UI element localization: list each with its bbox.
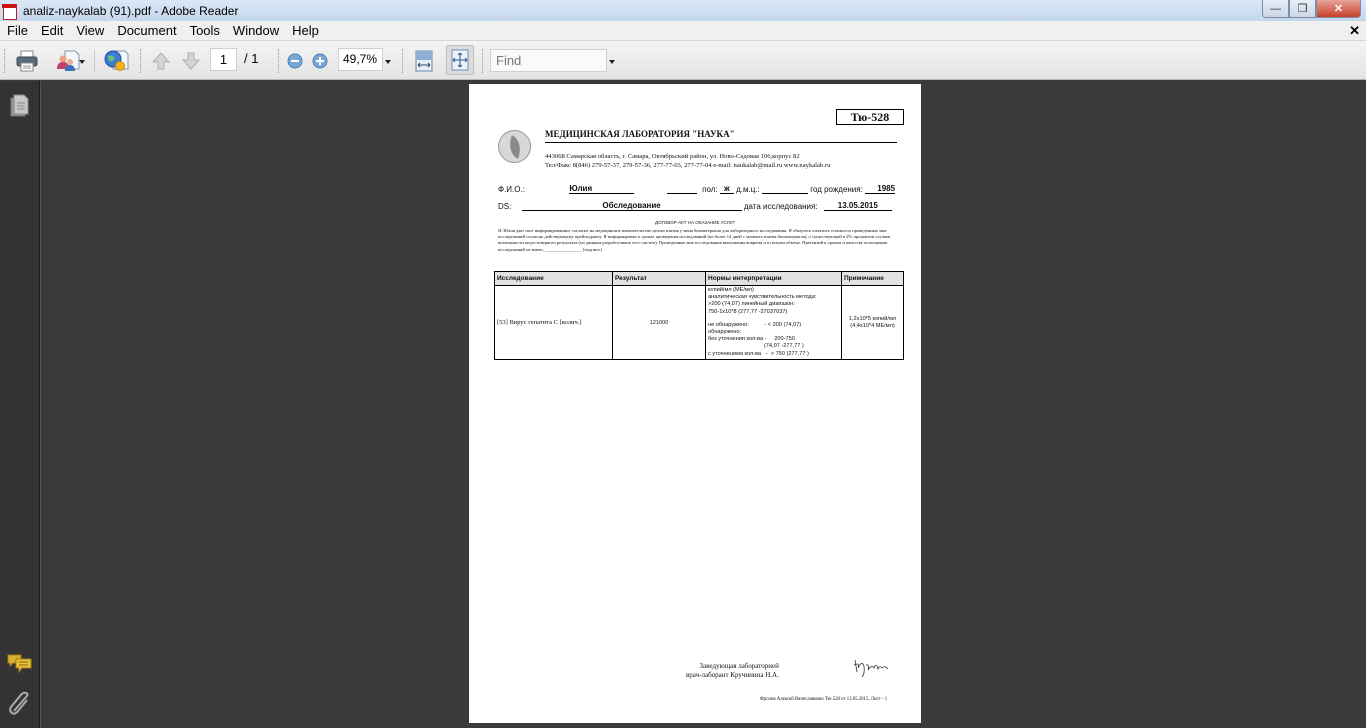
adobe-reader-icon [2, 3, 18, 19]
attachments-icon [8, 691, 32, 717]
signature-image [852, 656, 892, 680]
cell-note: 1,2х10*5 копий/мл (4,4х10*4 МЕ/мл) [842, 286, 904, 360]
study-date: 13.05.2015 [824, 201, 892, 211]
lab-address: 443068 Самарская область, г. Самара, Окт… [545, 152, 830, 161]
close-document-icon[interactable]: ✕ [1349, 23, 1360, 39]
lab-name: МЕДИЦИНСКАЯ ЛАБОРАТОРИЯ "НАУКА" [545, 129, 735, 139]
diagnosis-row: DS: Обследование дата исследования: 13.0… [498, 201, 892, 211]
ds-label: DS: [498, 202, 511, 211]
menu-bar: File Edit View Document Tools Window Hel… [0, 21, 1366, 41]
minimize-icon: — [1270, 3, 1281, 15]
title-bar: analiz-naykalab (91).pdf - Adobe Reader … [0, 0, 1366, 21]
fit-page-button[interactable] [446, 45, 474, 75]
toolbar-separator [94, 50, 95, 72]
sex-label: пол: [702, 185, 718, 194]
header-study: Исследование [495, 272, 613, 286]
lab-address-block: 443068 Самарская область, г. Самара, Окт… [545, 152, 830, 170]
document-code: Тю-528 [836, 109, 904, 125]
cell-norms: копий/мл (МЕ/мл) аналитическая чувствите… [706, 286, 842, 360]
cell-study: [53] Вирус гепатита С [колич.] [495, 286, 613, 360]
menu-help[interactable]: Help [286, 23, 325, 38]
restore-icon: ❐ [1298, 2, 1308, 15]
zoom-dropdown-icon[interactable] [385, 60, 391, 64]
zoom-in-button[interactable] [311, 52, 329, 70]
previous-page-icon [151, 51, 171, 71]
collaborate-icon [103, 49, 129, 73]
toolbar [0, 41, 1366, 80]
menu-window[interactable]: Window [227, 23, 285, 38]
page-number-input[interactable]: 1 [210, 48, 237, 71]
comments-icon [7, 652, 33, 674]
signatory-position: Заведующая лабораторией [686, 662, 779, 671]
share-icon [56, 50, 80, 72]
pages-icon [9, 94, 31, 118]
zoom-level-input[interactable]: 49,7% [338, 48, 383, 71]
menu-file[interactable]: File [1, 23, 34, 38]
print-button[interactable] [14, 49, 40, 73]
navigation-panel [0, 81, 40, 728]
next-page-icon [181, 51, 201, 71]
signatory-name: врач-лаборант Кручинина Н.А. [686, 671, 779, 680]
printer-icon [15, 50, 39, 72]
cell-result: 121000 [613, 286, 706, 360]
close-button[interactable]: ✕ [1316, 0, 1361, 18]
page-total: / 1 [244, 51, 258, 66]
patient-sex: ж [720, 184, 734, 194]
zoom-in-icon [312, 53, 328, 69]
window-title: analiz-naykalab (91).pdf - Adobe Reader [23, 4, 238, 18]
patient-patronymic [667, 184, 697, 194]
table-header-row: Исследование Результат Нормы интерпретац… [495, 272, 904, 286]
patient-first-name: Юлия [569, 184, 634, 194]
fit-page-icon [447, 46, 473, 74]
toolbar-grip[interactable] [402, 49, 404, 73]
find-options-dropdown-icon[interactable] [609, 60, 615, 64]
comments-panel-button[interactable] [7, 652, 33, 674]
toolbar-grip[interactable] [140, 49, 142, 73]
zoom-out-button[interactable] [286, 52, 304, 70]
menu-document[interactable]: Document [111, 23, 182, 38]
chevron-down-icon [79, 60, 85, 64]
patient-row: Ф.И.О.: Юлия пол: ж д.м.ц.: год рождения… [498, 184, 895, 194]
results-table: Исследование Результат Нормы интерпретац… [494, 271, 904, 360]
zoom-out-icon [287, 53, 303, 69]
fio-label: Ф.И.О.: [498, 185, 525, 194]
find-input[interactable]: Find [490, 49, 607, 72]
lab-logo [498, 130, 531, 163]
contract-text: Я, Юлия даю свое информированное согласи… [498, 228, 903, 253]
menu-tools[interactable]: Tools [184, 23, 226, 38]
share-button[interactable] [50, 49, 86, 73]
toolbar-grip[interactable] [482, 49, 484, 73]
collaborate-button[interactable] [102, 48, 130, 74]
previous-page-button[interactable] [150, 50, 172, 72]
date-label: дата исследования: [744, 202, 818, 211]
fit-width-button[interactable] [412, 49, 436, 73]
toolbar-grip[interactable] [278, 49, 280, 73]
contract-title: ДОГОВОР-АКТ НА ОКАЗАНИЕ УСЛУГ [469, 220, 921, 225]
pdf-page: Тю-528 МЕДИЦИНСКАЯ ЛАБОРАТОРИЯ "НАУКА" 4… [469, 84, 921, 723]
page-footer: Фролов Алексей Вячеславович Тю-528 от 13… [760, 697, 887, 702]
signatory-block: Заведующая лабораторией врач-лаборант Кр… [686, 662, 779, 680]
patient-dmc [762, 184, 808, 194]
birth-year-label: год рождения: [810, 185, 863, 194]
window-controls: — ❐ ✕ [1262, 0, 1361, 18]
restore-button[interactable]: ❐ [1289, 0, 1316, 18]
header-result: Результат [613, 272, 706, 286]
dmc-label: д.м.ц.: [736, 185, 760, 194]
menu-view[interactable]: View [70, 23, 110, 38]
header-note: Примечание [842, 272, 904, 286]
minimize-button[interactable]: — [1262, 0, 1289, 18]
ds-value: Обследование [522, 201, 742, 211]
menu-edit[interactable]: Edit [35, 23, 69, 38]
attachments-panel-button[interactable] [8, 691, 32, 717]
toolbar-grip[interactable] [4, 49, 6, 73]
lab-contacts: Тел/Факс 8(846) 279-57-37, 279-57-36, 27… [545, 161, 830, 170]
patient-birth-year: 1985 [865, 184, 895, 194]
fit-width-icon [415, 50, 433, 72]
pages-panel-button[interactable] [9, 94, 31, 118]
table-row: [53] Вирус гепатита С [колич.] 121000 ко… [495, 286, 904, 360]
header-norms: Нормы интерпретации [706, 272, 842, 286]
header-divider [545, 142, 897, 143]
close-icon: ✕ [1334, 2, 1343, 15]
next-page-button[interactable] [180, 50, 202, 72]
